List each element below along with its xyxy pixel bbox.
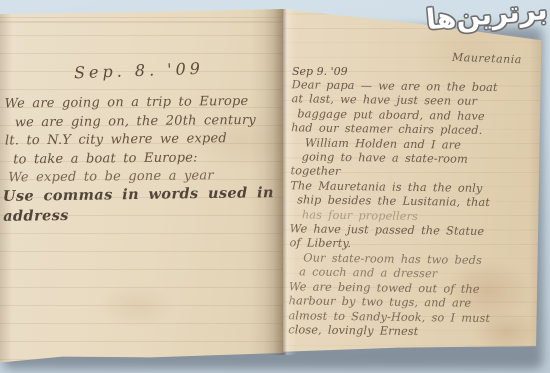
handwriting-line: We are going on a trip to Europe <box>5 93 283 114</box>
left-page: Sep. 8. '09 We are going on a trip to Eu… <box>0 0 284 373</box>
handwriting-line: address <box>3 203 274 226</box>
right-page: Mauretania Sep 9. '09 Dear papa — we are… <box>283 0 545 373</box>
left-page-note: Use commas in words used in address <box>3 183 275 226</box>
handwriting-line: Use commas in words used in <box>3 183 274 206</box>
left-page-entry: We are going on a trip to Europe we are … <box>5 93 284 188</box>
handwriting-line: we are ging on, the 20th century <box>5 111 283 132</box>
diary-photo: Sep. 8. '09 We are going on a trip to Eu… <box>0 0 550 373</box>
left-page-date: Sep. 8. '09 <box>74 59 205 83</box>
ship-name-heading: Mauretania <box>452 51 522 66</box>
right-page-entry: Dear papa — we are on the boat at last, … <box>288 78 544 341</box>
right-page-date: Sep 9. '09 <box>292 65 348 78</box>
